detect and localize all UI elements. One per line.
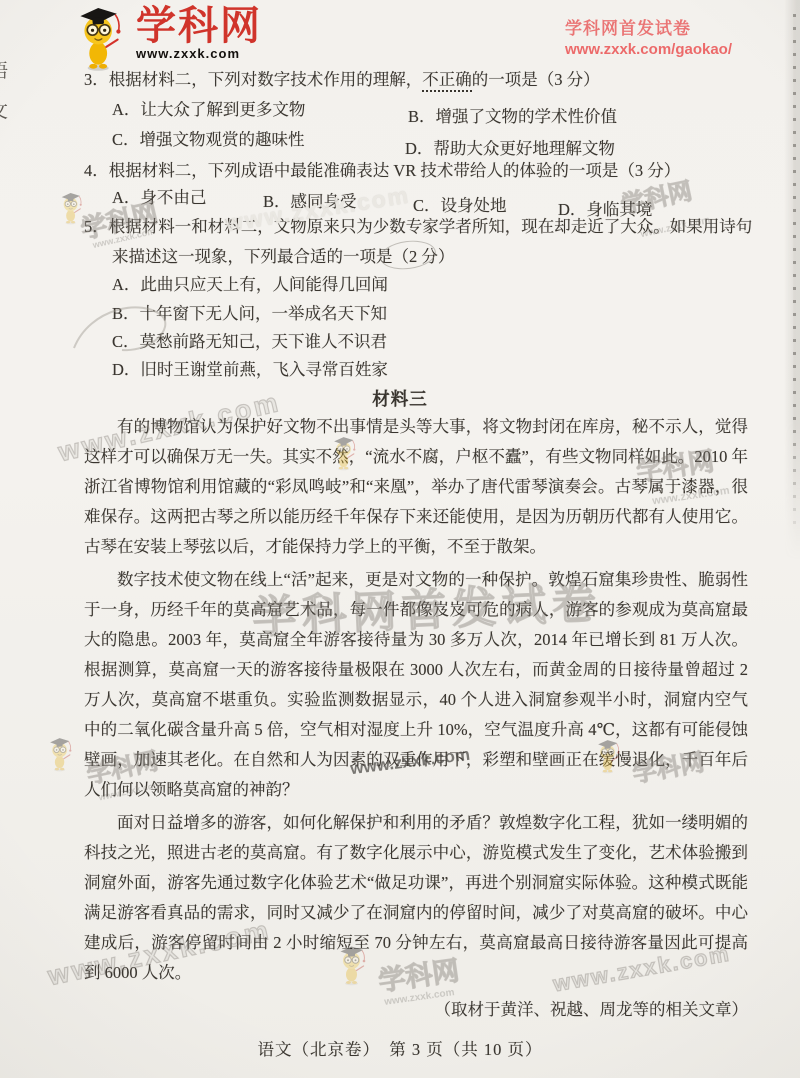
question-3-stem-pre: 根据材料二，下列对数字技术作用的理解，: [109, 70, 423, 89]
watermark-mascot-icon: [58, 191, 84, 230]
question-3-stem-post: 的一项是（3 分）: [472, 70, 600, 89]
material-three-title: 材料三: [0, 386, 800, 411]
material-paragraph-2: 数字技术使文物在线上“活”起来，更是对文物的一种保护。敦煌石窟集珍贵性、脆弱性于…: [84, 565, 748, 805]
promo-url: www.zxxk.com/gaokao/: [565, 41, 732, 58]
question-4-option-a: A．身不由己: [112, 184, 206, 208]
question-5-option-b: B．十年窗下无人问，一举成名天下知: [112, 300, 387, 324]
zxxk-logo: 学科网 www.zxxk.com: [68, 4, 262, 72]
scanned-exam-page: 语 文 学科网 www.zxxk.com 学科网首发试卷 www.zxxk.co…: [0, 0, 800, 1078]
margin-fold-char-2: 文: [0, 96, 8, 123]
question-5-stem-line1: 5．根据材料一和材料二，文物原来只为少数专家学者所知，现在却走近了大众。如果用诗…: [84, 213, 752, 237]
promo-header: 学科网首发试卷 www.zxxk.com/gaokao/: [565, 14, 732, 58]
promo-title: 学科网首发试卷: [565, 14, 732, 39]
question-5-option-c: C．莫愁前路无知己，天下谁人不识君: [112, 328, 387, 352]
source-attribution: （取材于黄洋、祝越、周龙等的相关文章）: [84, 996, 748, 1020]
question-3-number: 3．: [84, 70, 109, 89]
question-5-option-a: A．此曲只应天上有，人间能得几回闻: [112, 271, 388, 295]
question-5-stem-text1: 根据材料一和材料二，文物原来只为少数专家学者所知，现在却走近了大众。如果用诗句: [109, 217, 753, 236]
question-3-option-c: C．增强文物观赏的趣味性: [112, 126, 305, 150]
question-5-option-d: D．旧时王谢堂前燕，飞入寻常百姓家: [112, 356, 388, 380]
question-4-stem: 4．根据材料二，下列成语中最能准确表达 VR 技术带给人的体验的一项是（3 分）: [84, 157, 680, 181]
question-5-number: 5．: [84, 217, 109, 236]
question-3-option-a: A．让大众了解到更多文物: [112, 96, 305, 120]
question-4-stem-text: 根据材料二，下列成语中最能准确表达 VR 技术带给人的体验的一项是（3 分）: [109, 161, 681, 180]
question-3-option-d: D．帮助大众更好地理解文物: [405, 135, 615, 159]
page-footer: 语文（北京卷） 第 3 页（共 10 页）: [0, 1036, 800, 1060]
material-paragraph-1: 有的博物馆认为保护好文物不出事情是头等大事，将文物封闭在库房，秘不示人，觉得这样…: [84, 412, 748, 562]
question-4-option-b: B．感同身受: [263, 188, 357, 212]
zxxk-brand-name: 学科网: [136, 4, 262, 48]
question-4-number: 4．: [84, 161, 109, 180]
zxxk-brand-url: www.zxxk.com: [136, 46, 262, 61]
zxxk-mascot-icon: [68, 4, 130, 72]
watermark-mascot-icon: [46, 736, 74, 777]
material-paragraph-3: 面对日益增多的游客，如何化解保护和利用的矛盾？敦煌数字化工程，犹如一缕明媚的科技…: [84, 808, 748, 988]
question-3-option-b: B．增强了文物的学术性价值: [408, 103, 617, 127]
question-3-emphasis: 不正确: [422, 70, 472, 92]
margin-fold-char-1: 语: [0, 56, 8, 83]
scan-edge-binding: [784, 0, 800, 560]
